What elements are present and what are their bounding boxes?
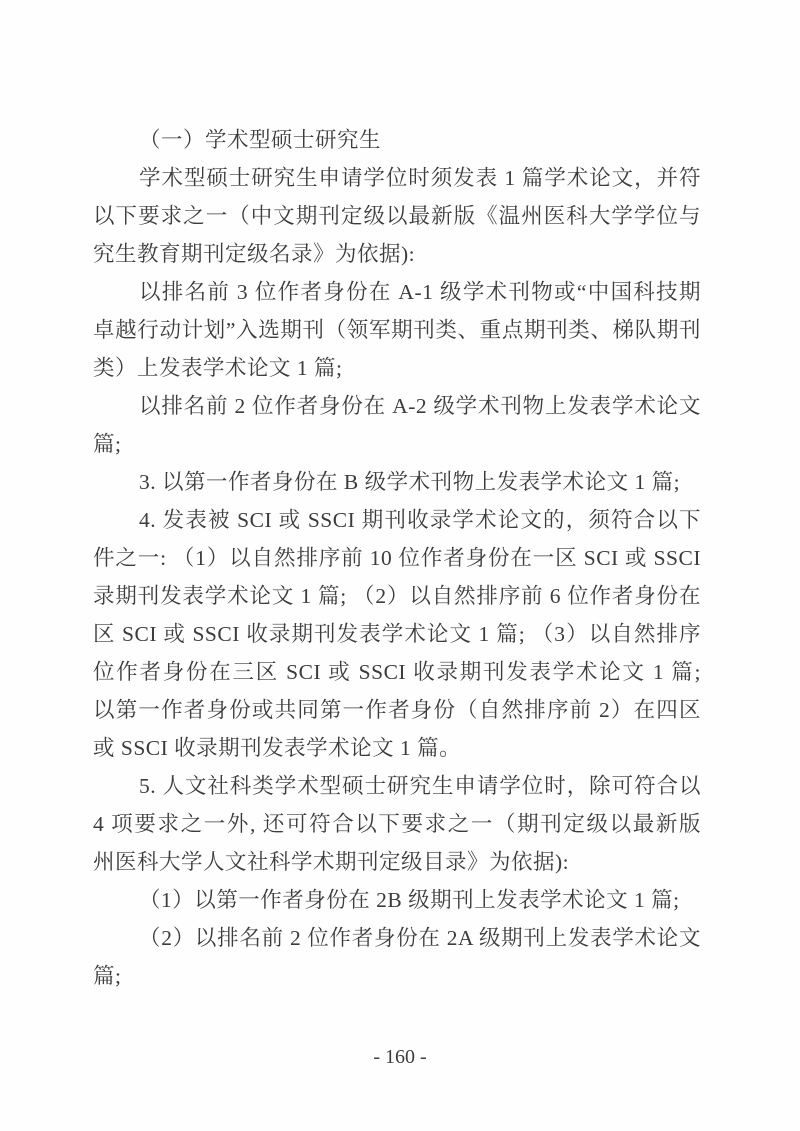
text-line: 位作者身份在三区 SCI 或 SSCI 收录期刊发表学术论文 1 篇; （4） bbox=[93, 653, 701, 691]
text-line: 篇; bbox=[93, 425, 701, 463]
text-line: 以排名前 2 位作者身份在 A-2 级学术刊物上发表学术论文 1 bbox=[93, 387, 701, 425]
list-item-5: 5. 人文社科类学术型硕士研究生申请学位时，除可符合以上 bbox=[93, 767, 701, 805]
document-page: （一）学术型硕士研究生 学术型硕士研究生申请学位时须发表 1 篇学术论文，并符合… bbox=[0, 0, 800, 1131]
text-line: 州医科大学人文社科学术期刊定级目录》为依据): bbox=[93, 843, 701, 881]
text-line: 件之一: （1）以自然排序前 10 位作者身份在一区 SCI 或 SSCI 收 bbox=[93, 539, 701, 577]
sub-item-2: （2）以排名前 2 位作者身份在 2A 级期刊上发表学术论文 1 bbox=[93, 919, 701, 957]
text-line: 类）上发表学术论文 1 篇; bbox=[93, 349, 701, 387]
page-number: - 160 - bbox=[373, 1046, 426, 1068]
text-line: 究生教育期刊定级名录》为依据): bbox=[93, 235, 701, 273]
text-line: 区 SCI 或 SSCI 收录期刊发表学术论文 1 篇; （3）以自然排序前 4 bbox=[93, 615, 701, 653]
text-line: 卓越行动计划”入选期刊（领军期刊类、重点期刊类、梯队期刊 bbox=[93, 311, 701, 349]
text-line: 或 SSCI 收录期刊发表学术论文 1 篇。 bbox=[93, 729, 701, 767]
list-item-4: 4. 发表被 SCI 或 SSCI 期刊收录学术论文的，须符合以下条 bbox=[93, 501, 701, 539]
text-line: 以第一作者身份或共同第一作者身份（自然排序前 2）在四区 SCI bbox=[93, 691, 701, 729]
text-line: 以排名前 3 位作者身份在 A-1 级学术刊物或“中国科技期刊 bbox=[93, 273, 701, 311]
text-line: 篇; bbox=[93, 957, 701, 995]
text-line: 4 项要求之一外, 还可符合以下要求之一（期刊定级以最新版《温 bbox=[93, 805, 701, 843]
document-body: （一）学术型硕士研究生 学术型硕士研究生申请学位时须发表 1 篇学术论文，并符合… bbox=[93, 121, 701, 995]
text-line: 录期刊发表学术论文 1 篇; （2）以自然排序前 6 位作者身份在二 bbox=[93, 577, 701, 615]
section-heading: （一）学术型硕士研究生 bbox=[93, 121, 701, 159]
text-line: 以下要求之一（中文期刊定级以最新版《温州医科大学学位与研 bbox=[93, 197, 701, 235]
sub-item-1: （1）以第一作者身份在 2B 级期刊上发表学术论文 1 篇; bbox=[93, 881, 701, 919]
page-footer: - 160 - bbox=[0, 1038, 800, 1076]
text-line: 学术型硕士研究生申请学位时须发表 1 篇学术论文，并符合 bbox=[93, 159, 701, 197]
list-item-3: 3. 以第一作者身份在 B 级学术刊物上发表学术论文 1 篇; bbox=[93, 463, 701, 501]
